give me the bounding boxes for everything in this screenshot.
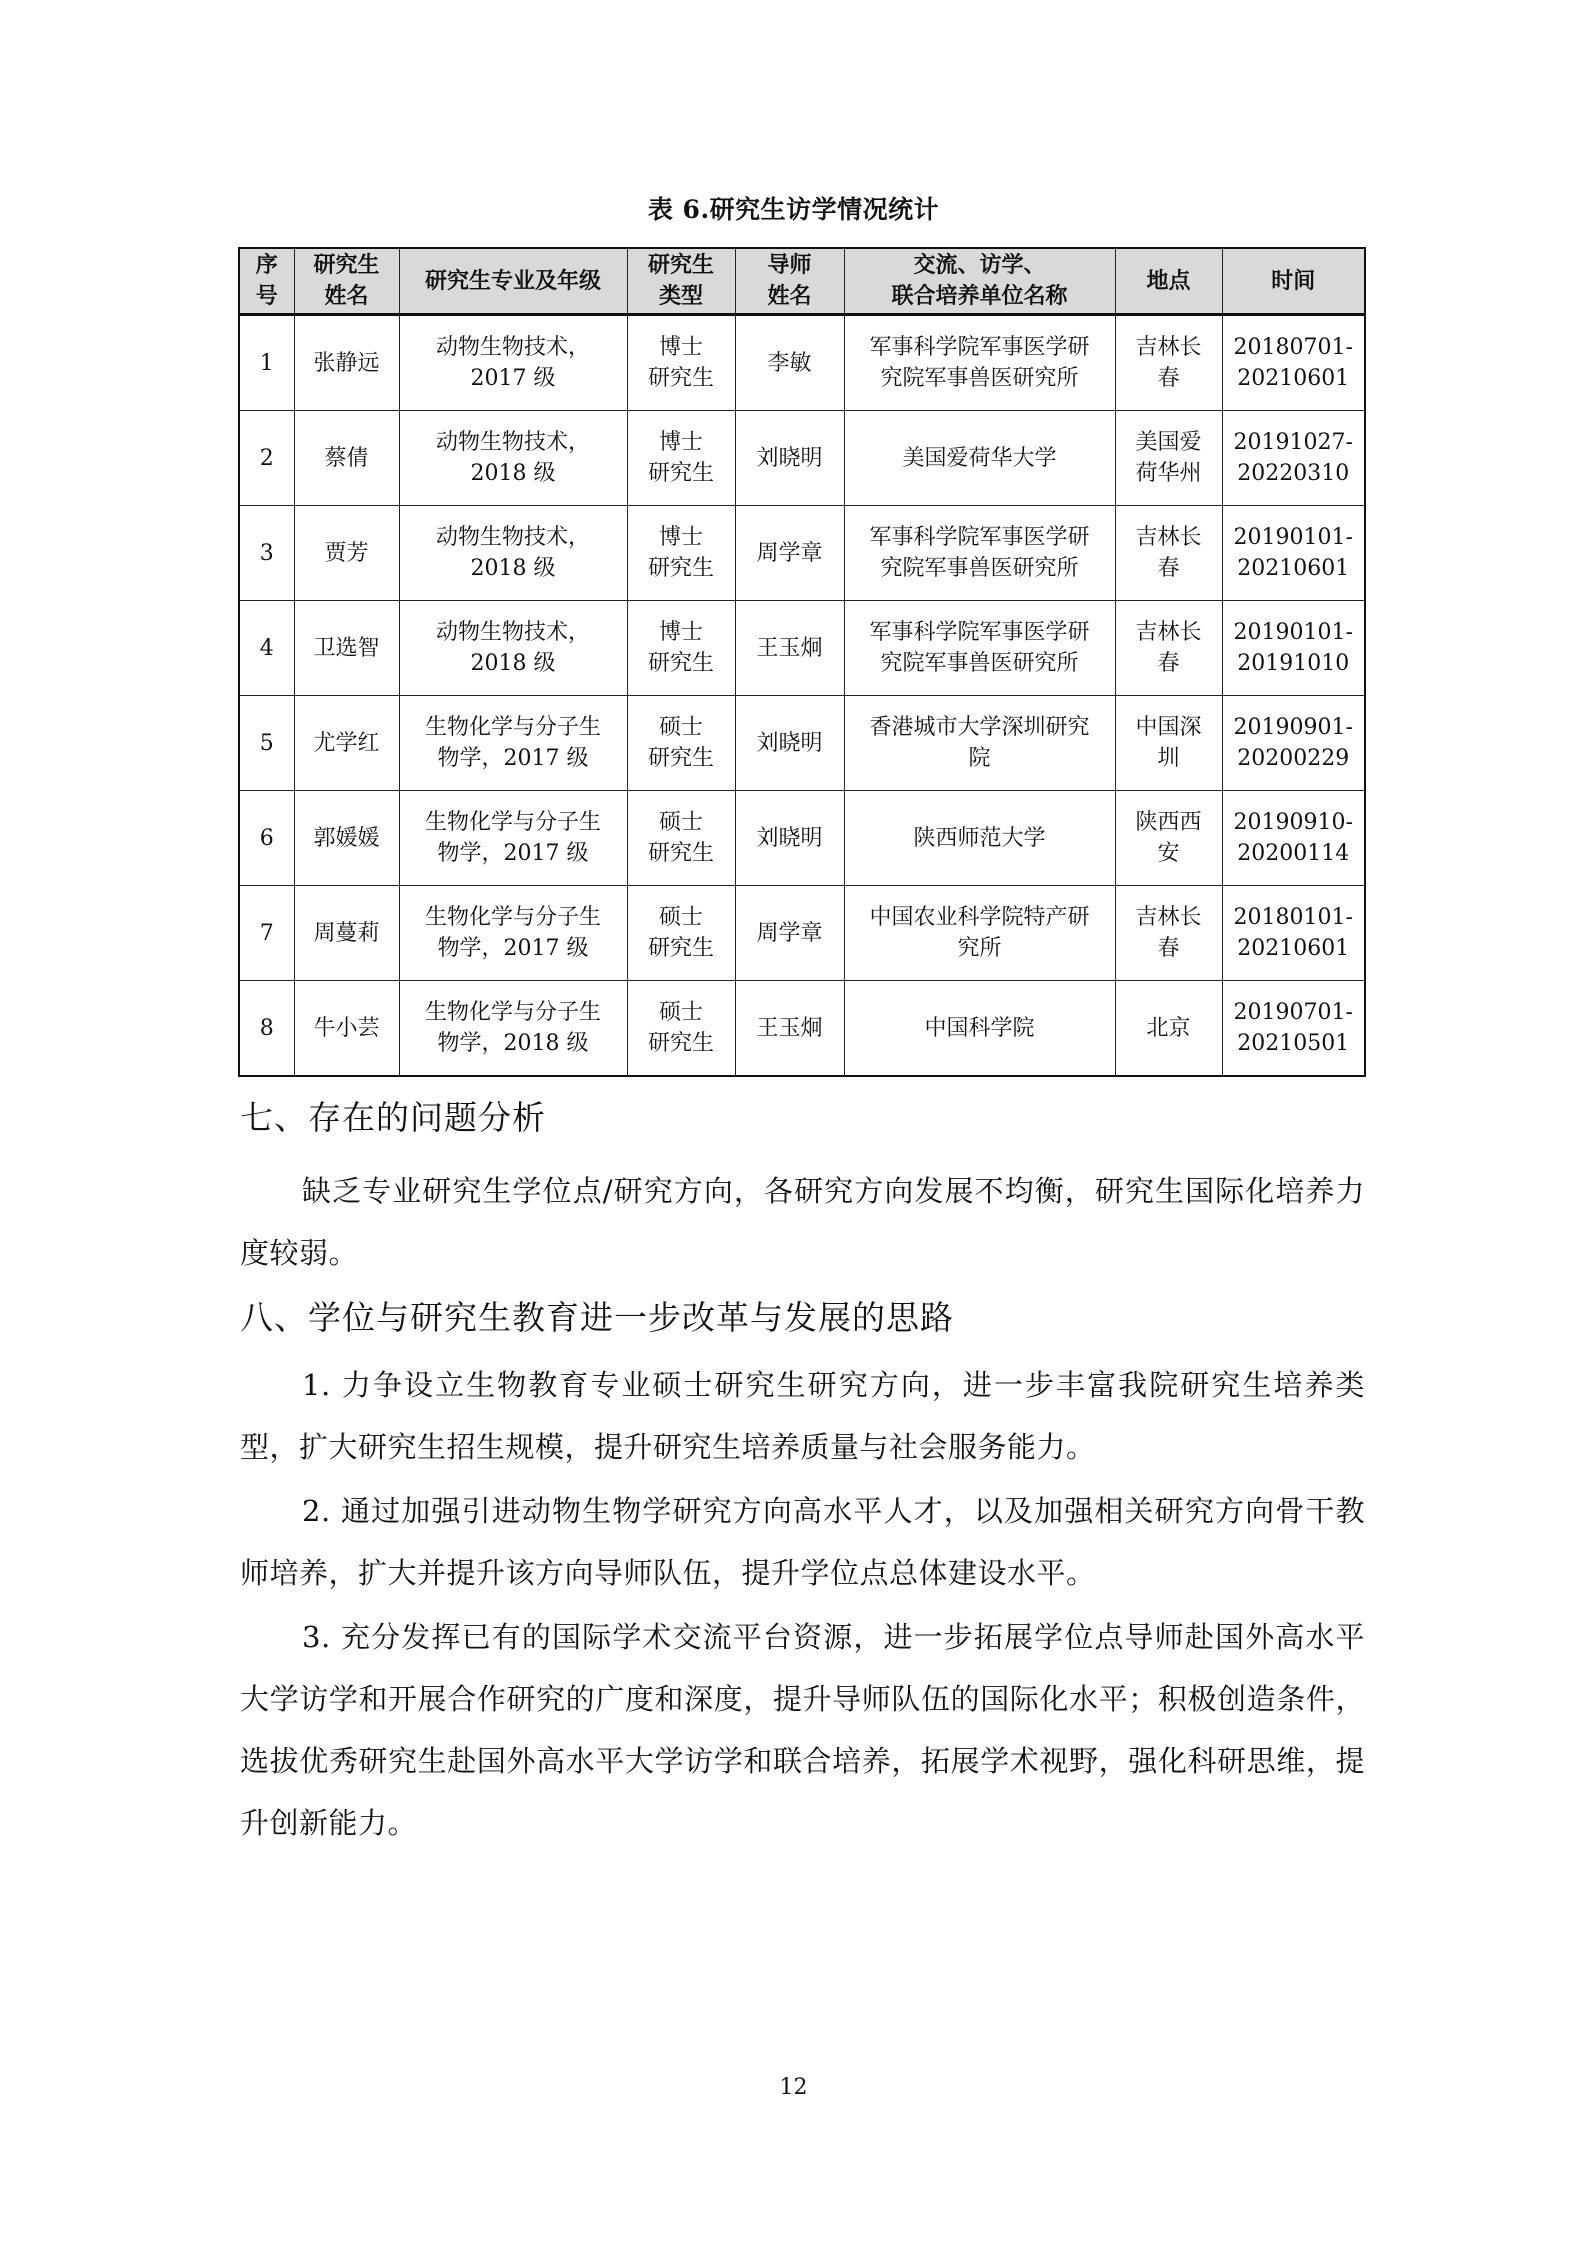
cell-location: 吉林长 春 — [1115, 506, 1222, 601]
cell-index: 4 — [239, 601, 294, 696]
table-row: 2 蔡倩 动物生物技术， 2018 级 博士 研究生 刘晓明 美国爱荷华大学 美… — [239, 411, 1365, 506]
cell-student-name: 牛小芸 — [294, 981, 399, 1077]
cell-student-name: 周蔓莉 — [294, 886, 399, 981]
cell-host-unit: 香港城市大学深圳研究 院 — [844, 696, 1115, 791]
cell-host-unit: 美国爱荷华大学 — [844, 411, 1115, 506]
visiting-students-table: 序 号 研究生 姓名 研究生专业及年级 研究生 类型 导师 姓名 交流、访学、 … — [238, 247, 1366, 1077]
cell-index: 7 — [239, 886, 294, 981]
cell-period: 20190901- 20200229 — [1222, 696, 1365, 791]
header-period: 时间 — [1222, 248, 1365, 315]
cell-location: 吉林长 春 — [1115, 886, 1222, 981]
cell-student-type: 博士 研究生 — [627, 506, 735, 601]
cell-period: 20180701- 20210601 — [1222, 315, 1365, 411]
cell-index: 3 — [239, 506, 294, 601]
cell-student-name: 蔡倩 — [294, 411, 399, 506]
cell-student-name: 卫选智 — [294, 601, 399, 696]
cell-index: 5 — [239, 696, 294, 791]
cell-index: 1 — [239, 315, 294, 411]
cell-student-name: 郭媛媛 — [294, 791, 399, 886]
cell-student-type: 博士 研究生 — [627, 601, 735, 696]
cell-location: 吉林长 春 — [1115, 601, 1222, 696]
header-host-unit: 交流、访学、 联合培养单位名称 — [844, 248, 1115, 315]
paragraph-reform-1: 1. 力争设立生物教育专业硕士研究生研究方向，进一步丰富我院研究生培养类型，扩大… — [240, 1354, 1365, 1478]
cell-location: 中国深 圳 — [1115, 696, 1222, 791]
cell-host-unit: 军事科学院军事医学研 究院军事兽医研究所 — [844, 315, 1115, 411]
cell-period: 20190910- 20200114 — [1222, 791, 1365, 886]
header-student-name: 研究生 姓名 — [294, 248, 399, 315]
cell-advisor-name: 刘晓明 — [735, 791, 844, 886]
cell-period: 20190101- 20191010 — [1222, 601, 1365, 696]
document-page: 表 6.研究生访学情况统计 序 号 研究生 姓名 研究生专业及年级 研究生 类型… — [0, 0, 1587, 2245]
table-row: 6 郭媛媛 生物化学与分子生 物学，2017 级 硕士 研究生 刘晓明 陕西师范… — [239, 791, 1365, 886]
header-index: 序 号 — [239, 248, 294, 315]
cell-advisor-name: 周学章 — [735, 506, 844, 601]
cell-major-grade: 动物生物技术， 2018 级 — [399, 506, 627, 601]
cell-advisor-name: 刘晓明 — [735, 411, 844, 506]
paragraph-problems: 缺乏专业研究生学位点/研究方向，各研究方向发展不均衡，研究生国际化培养力度较弱。 — [240, 1160, 1365, 1284]
header-location: 地点 — [1115, 248, 1222, 315]
table-row: 5 尤学红 生物化学与分子生 物学，2017 级 硕士 研究生 刘晓明 香港城市… — [239, 696, 1365, 791]
table-row: 8 牛小芸 生物化学与分子生 物学，2018 级 硕士 研究生 王玉炯 中国科学… — [239, 981, 1365, 1077]
cell-student-type: 硕士 研究生 — [627, 981, 735, 1077]
table-row: 1 张静远 动物生物技术， 2017 级 博士 研究生 李敏 军事科学院军事医学… — [239, 315, 1365, 411]
cell-student-type: 硕士 研究生 — [627, 791, 735, 886]
cell-period: 20190701- 20210501 — [1222, 981, 1365, 1077]
table-caption: 表 6.研究生访学情况统计 — [0, 190, 1587, 226]
cell-student-name: 张静远 — [294, 315, 399, 411]
cell-major-grade: 动物生物技术， 2018 级 — [399, 601, 627, 696]
cell-major-grade: 生物化学与分子生 物学，2017 级 — [399, 791, 627, 886]
cell-student-name: 尤学红 — [294, 696, 399, 791]
paragraph-reform-2: 2. 通过加强引进动物生物学研究方向高水平人才，以及加强相关研究方向骨干教师培养… — [240, 1480, 1365, 1604]
cell-major-grade: 动物生物技术， 2018 级 — [399, 411, 627, 506]
cell-advisor-name: 王玉炯 — [735, 601, 844, 696]
cell-period: 20190101- 20210601 — [1222, 506, 1365, 601]
table-row: 7 周蔓莉 生物化学与分子生 物学，2017 级 硕士 研究生 周学章 中国农业… — [239, 886, 1365, 981]
cell-index: 8 — [239, 981, 294, 1077]
section-heading-reform-ideas: 八、学位与研究生教育进一步改革与发展的思路 — [240, 1292, 954, 1339]
cell-advisor-name: 李敏 — [735, 315, 844, 411]
cell-host-unit: 中国农业科学院特产研 究所 — [844, 886, 1115, 981]
cell-major-grade: 动物生物技术， 2017 级 — [399, 315, 627, 411]
cell-student-name: 贾芳 — [294, 506, 399, 601]
header-student-type: 研究生 类型 — [627, 248, 735, 315]
cell-host-unit: 军事科学院军事医学研 究院军事兽医研究所 — [844, 601, 1115, 696]
cell-index: 6 — [239, 791, 294, 886]
table-row: 3 贾芳 动物生物技术， 2018 级 博士 研究生 周学章 军事科学院军事医学… — [239, 506, 1365, 601]
header-advisor-name: 导师 姓名 — [735, 248, 844, 315]
cell-location: 吉林长 春 — [1115, 315, 1222, 411]
cell-host-unit: 军事科学院军事医学研 究院军事兽医研究所 — [844, 506, 1115, 601]
cell-location: 美国爱 荷华州 — [1115, 411, 1222, 506]
page-number: 12 — [0, 2075, 1587, 2100]
cell-host-unit: 陕西师范大学 — [844, 791, 1115, 886]
cell-location: 陕西西 安 — [1115, 791, 1222, 886]
cell-index: 2 — [239, 411, 294, 506]
table-row: 4 卫选智 动物生物技术， 2018 级 博士 研究生 王玉炯 军事科学院军事医… — [239, 601, 1365, 696]
cell-advisor-name: 周学章 — [735, 886, 844, 981]
cell-student-type: 博士 研究生 — [627, 411, 735, 506]
cell-student-type: 硕士 研究生 — [627, 696, 735, 791]
cell-major-grade: 生物化学与分子生 物学，2017 级 — [399, 696, 627, 791]
cell-advisor-name: 王玉炯 — [735, 981, 844, 1077]
header-major-grade: 研究生专业及年级 — [399, 248, 627, 315]
cell-period: 20191027- 20220310 — [1222, 411, 1365, 506]
cell-major-grade: 生物化学与分子生 物学，2017 级 — [399, 886, 627, 981]
cell-period: 20180101- 20210601 — [1222, 886, 1365, 981]
paragraph-reform-3: 3. 充分发挥已有的国际学术交流平台资源，进一步拓展学位点导师赴国外高水平大学访… — [240, 1606, 1365, 1854]
cell-major-grade: 生物化学与分子生 物学，2018 级 — [399, 981, 627, 1077]
cell-student-type: 博士 研究生 — [627, 315, 735, 411]
cell-location: 北京 — [1115, 981, 1222, 1077]
cell-student-type: 硕士 研究生 — [627, 886, 735, 981]
cell-host-unit: 中国科学院 — [844, 981, 1115, 1077]
table-header-row: 序 号 研究生 姓名 研究生专业及年级 研究生 类型 导师 姓名 交流、访学、 … — [239, 248, 1365, 315]
section-heading-problems: 七、存在的问题分析 — [240, 1092, 546, 1139]
cell-advisor-name: 刘晓明 — [735, 696, 844, 791]
